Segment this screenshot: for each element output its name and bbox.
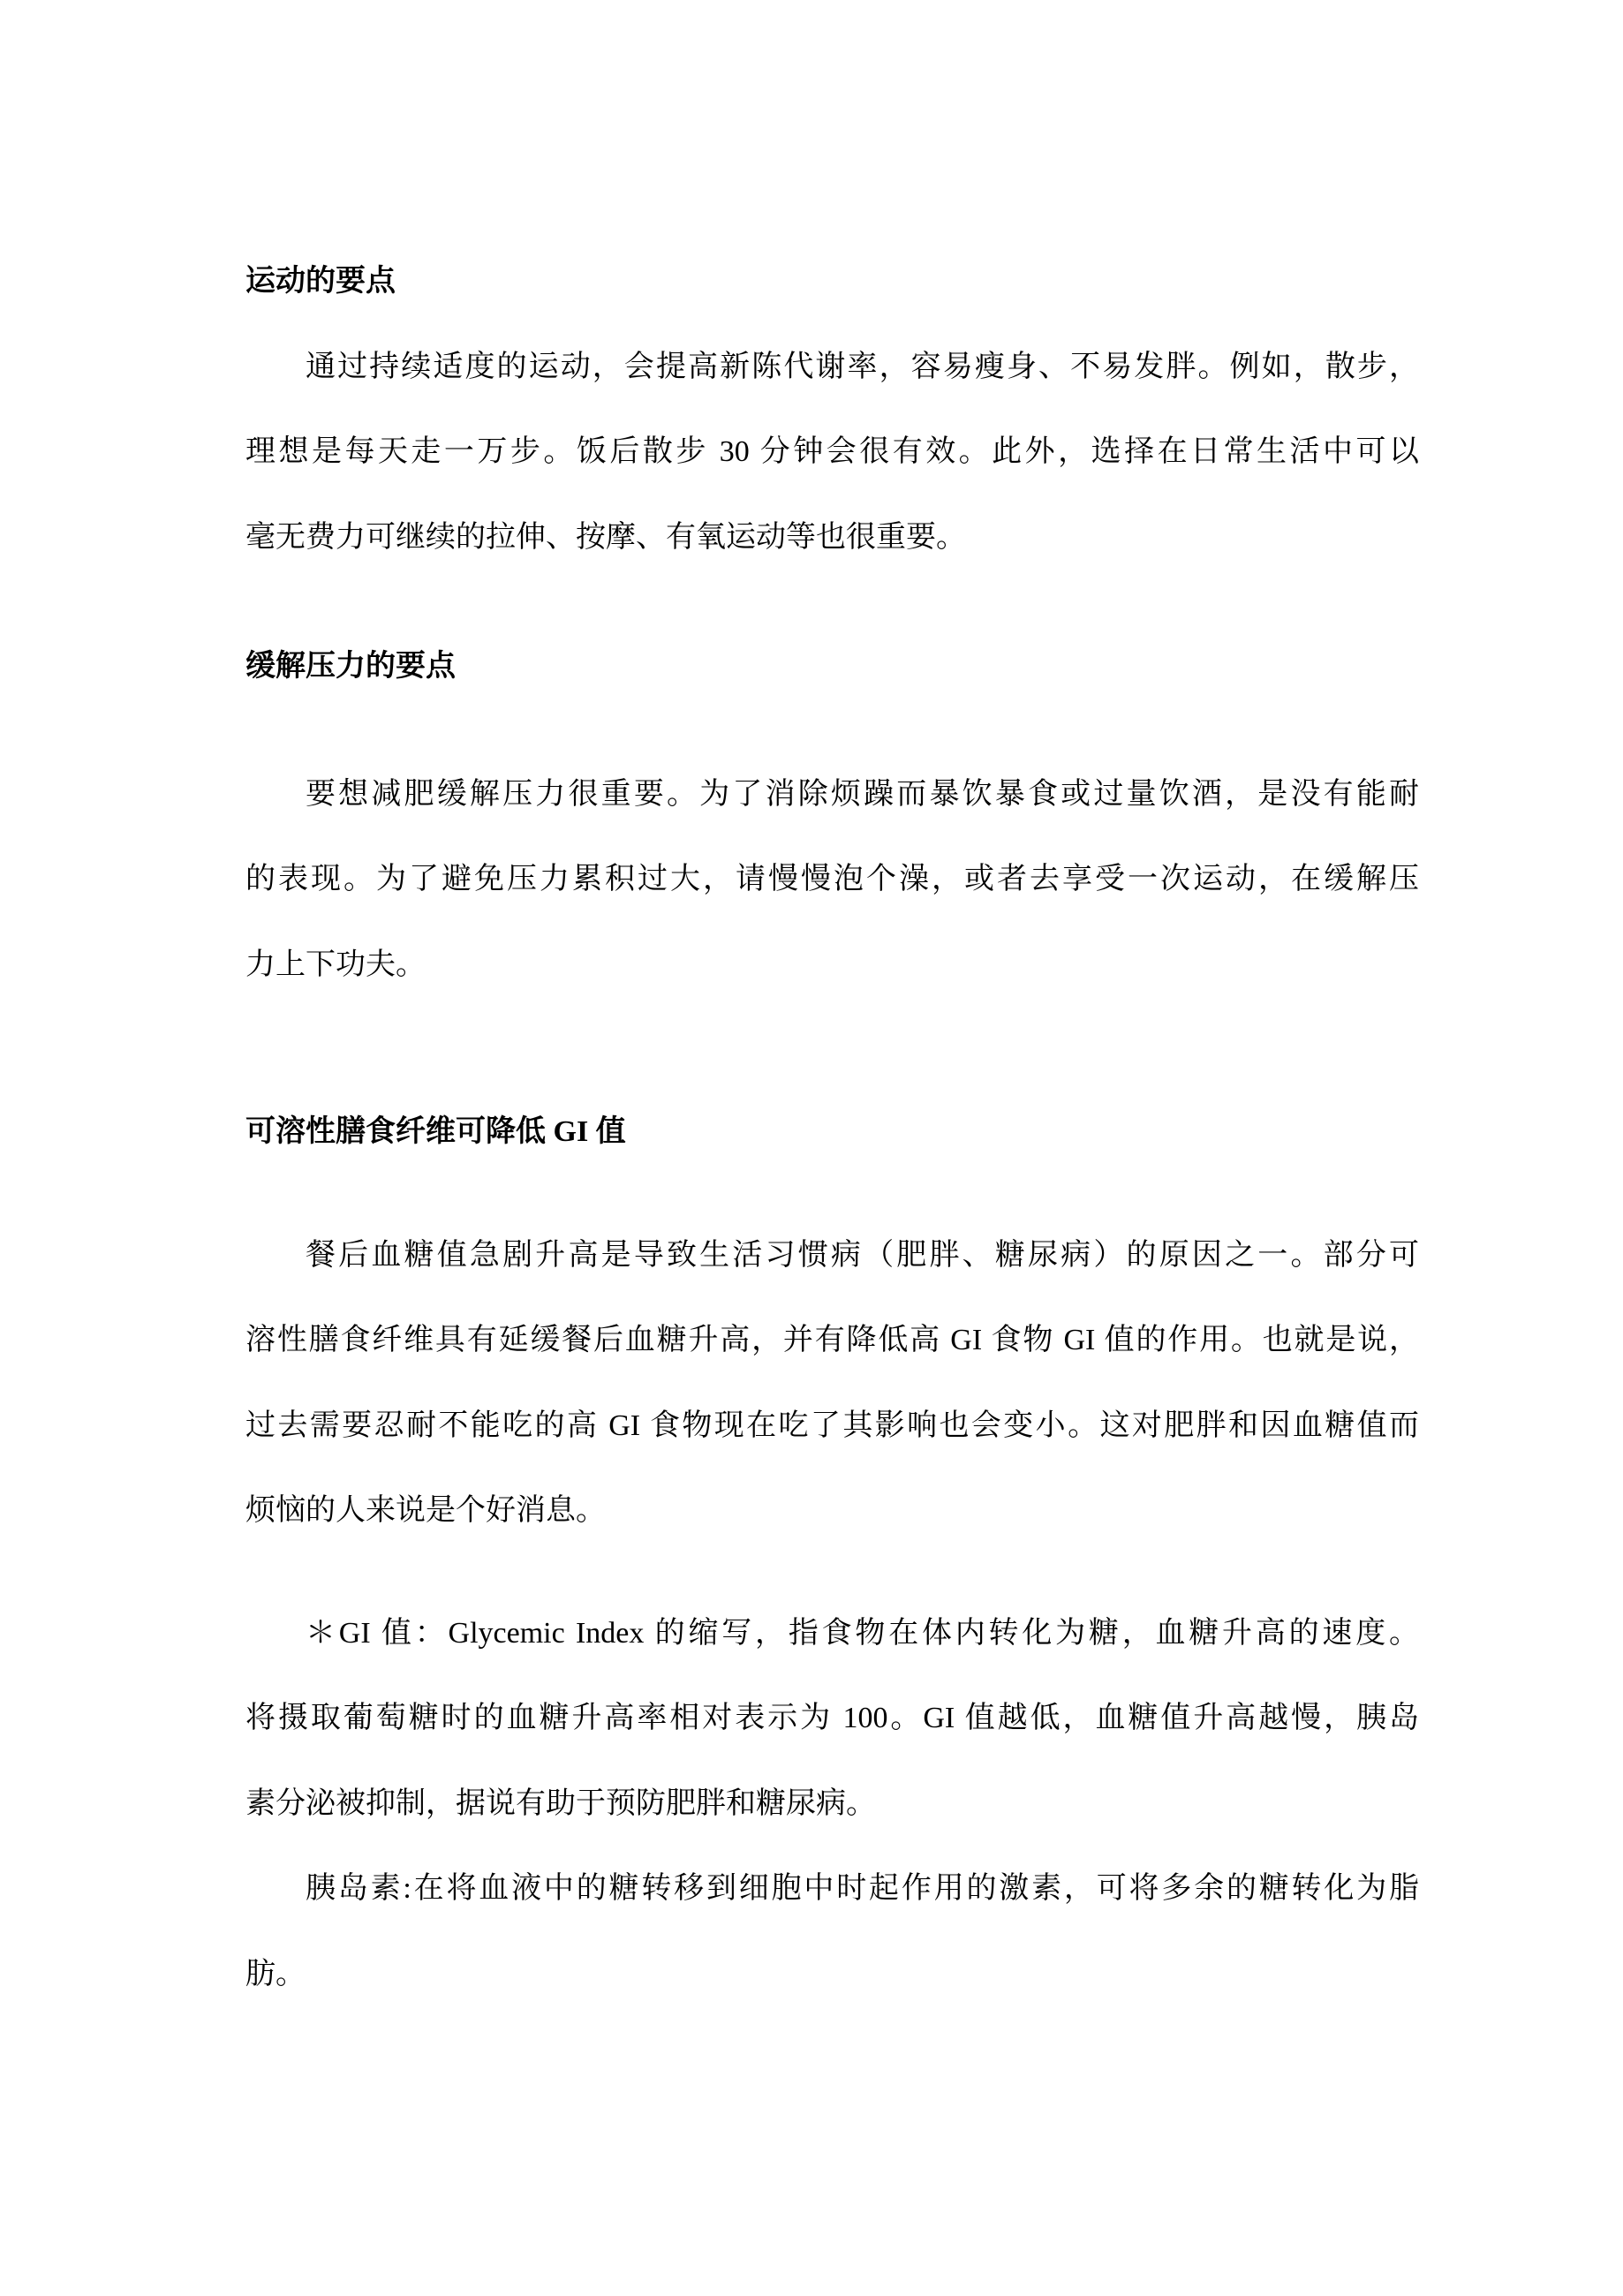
- text-line: 通过持续适度的运动，会提高新陈代谢率，容易瘦身、不易发胖。例如，散步，: [245, 325, 1419, 411]
- text-line: 过去需要忍耐不能吃的高 GI 食物现在吃了其影响也会变小。这对肥胖和因血糖值而: [245, 1384, 1419, 1469]
- text-line: 溶性膳食纤维具有延缓餐后血糖升高，并有降低高 GI 食物 GI 值的作用。也就是…: [245, 1298, 1419, 1384]
- text-line: 将摄取葡萄糖时的血糖升高率相对表示为 100。GI 值越低，血糖值升高越慢，胰岛: [245, 1676, 1419, 1762]
- paragraph: 餐后血糖值急剧升高是导致生活习惯病（肥胖、糖尿病）的原因之一。部分可 溶性膳食纤…: [245, 1213, 1419, 1554]
- text-line: 毫无费力可继续的拉伸、按摩、有氧运动等也很重要。: [245, 495, 1419, 581]
- text-line: 力上下功夫。: [245, 923, 1419, 1008]
- text-line: 要想减肥缓解压力很重要。为了消除烦躁而暴饮暴食或过量饮酒，是没有能耐: [245, 752, 1419, 838]
- text-line: 烦恼的人来说是个好消息。: [245, 1469, 1419, 1554]
- text-line: 餐后血糖值急剧升高是导致生活习惯病（肥胖、糖尿病）的原因之一。部分可: [245, 1213, 1419, 1299]
- paragraph-insulin-note: 胰岛素:在将血液中的糖转移到细胞中时起作用的激素，可将多余的糖转化为脂 肪。: [245, 1847, 1419, 2017]
- text-line: 的表现。为了避免压力累积过大，请慢慢泡个澡，或者去享受一次运动，在缓解压: [245, 837, 1419, 923]
- page-content: 运动的要点 通过持续适度的运动，会提高新陈代谢率，容易瘦身、不易发胖。例如，散步…: [0, 0, 1623, 2296]
- paragraph: 通过持续适度的运动，会提高新陈代谢率，容易瘦身、不易发胖。例如，散步， 理想是每…: [245, 325, 1419, 581]
- document-page: 运动的要点 通过持续适度的运动，会提高新陈代谢率，容易瘦身、不易发胖。例如，散步…: [0, 0, 1623, 2296]
- text-line: 肪。: [245, 1932, 1419, 2018]
- text-line: 胰岛素:在将血液中的糖转移到细胞中时起作用的激素，可将多余的糖转化为脂: [245, 1847, 1419, 1932]
- text-line: 理想是每天走一万步。饭后散步 30 分钟会很有效。此外，选择在日常生活中可以: [245, 410, 1419, 495]
- section-heading-exercise: 运动的要点: [245, 239, 1419, 325]
- paragraph: 要想减肥缓解压力很重要。为了消除烦躁而暴饮暴食或过量饮酒，是没有能耐 的表现。为…: [245, 752, 1419, 1008]
- section-heading-soluble-fiber-gi: 可溶性膳食纤维可降低 GI 值: [245, 1090, 1419, 1175]
- paragraph-gi-note: ＊GI 值：Glycemic Index 的缩写，指食物在体内转化为糖，血糖升高…: [245, 1591, 1419, 1847]
- text-line: 素分泌被抑制，据说有助于预防肥胖和糖尿病。: [245, 1762, 1419, 1847]
- section-heading-stress-relief: 缓解压力的要点: [245, 624, 1419, 710]
- text-line: ＊GI 值：Glycemic Index 的缩写，指食物在体内转化为糖，血糖升高…: [245, 1591, 1419, 1677]
